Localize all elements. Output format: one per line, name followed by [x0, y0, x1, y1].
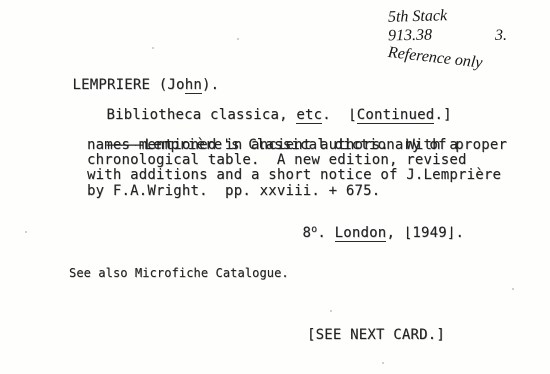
see-also-note: See also Microfiche Catalogue.: [69, 266, 289, 280]
handwritten-classmark: 913.38: [388, 27, 432, 46]
handwritten-card-number: 3.: [495, 27, 507, 45]
scan-speck: [330, 310, 332, 312]
entry-line-5: by F.A.Wright. pp. xxviii. + 675.: [87, 183, 380, 199]
scan-speck: [512, 288, 514, 290]
scan-speck: [175, 113, 177, 115]
handwritten-shelf-note: 5th Stack: [388, 7, 448, 27]
entry-line-2: names mentioned in ancient authors. With…: [87, 137, 458, 153]
imprint-sep: .: [317, 225, 334, 241]
scan-speck: [152, 47, 154, 49]
imprint-date: , ⌊1949⌋.: [386, 225, 464, 241]
see-next-card-note: [SEE NEXT CARD.]: [307, 327, 445, 343]
imprint-size: 8: [303, 225, 312, 241]
scan-speck: [25, 231, 27, 233]
imprint-place: London: [335, 225, 387, 242]
entry-line-4: with additions and a short notice of J.L…: [87, 167, 501, 183]
entry-line-3: chronological table. A new edition, revi…: [87, 152, 467, 168]
catalogue-card: 5th Stack 913.38 3. Reference only LEMPR…: [0, 0, 550, 374]
scan-speck: [237, 38, 239, 40]
imprint-line: 8o. London, ⌊1949⌋.: [268, 209, 464, 257]
handwritten-reference-note: Reference only: [387, 44, 483, 73]
scan-speck: [382, 362, 384, 364]
imprint-size-superscript: o: [311, 224, 317, 235]
